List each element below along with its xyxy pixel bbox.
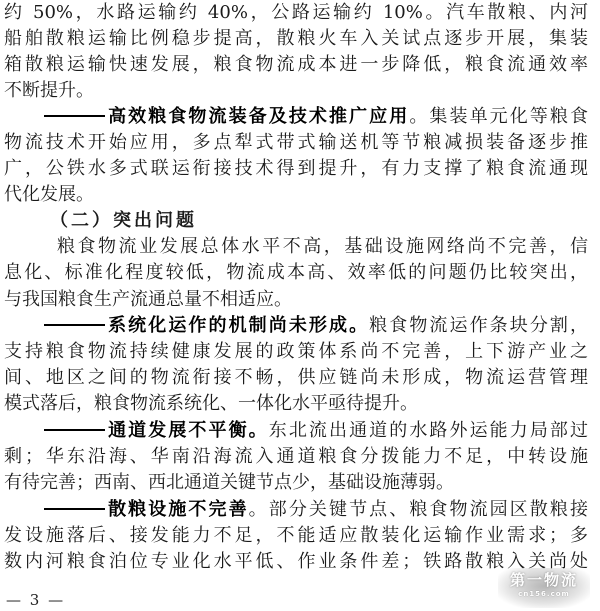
watermark-title: 第一物流 <box>498 568 590 590</box>
body-line: 有待完善；西南、西北通道关键节点少，基础设施薄弱。 <box>4 470 588 496</box>
document-page: 约 50%，水路运输约 40%，公路运输约 10%。汽车散粮、内河 船舶散粮运输… <box>0 0 600 611</box>
bullet-text: 。部分关键节点、粮食物流园区散粮接 <box>249 499 588 520</box>
body-line: 代化发展。 <box>4 182 588 208</box>
bullet-heading: 高效粮食物流装备及技术推广应用 <box>106 106 409 127</box>
body-line: 模式落后，粮食物流系统化、一体化水平亟待提升。 <box>4 391 588 417</box>
body-line: 不断提升。 <box>4 78 588 104</box>
body-line: 箱散粮运输快速发展，粮食物流成本进一步降低，粮食流通效率 <box>4 52 588 78</box>
body-line: 支持粮食物流持续健康发展的政策体系尚不完善，上下游产业之 <box>4 339 588 365</box>
body-line: 粮食物流业发展总体水平不高，基础设施网络尚不完善，信 <box>57 234 588 260</box>
body-line: 剩；华东沿海、华南沿海流入通道粮食分拨能力不足，中转设施 <box>4 444 588 470</box>
em-dash-rule <box>44 508 105 510</box>
bullet-heading: 系统化运作的机制尚未形成。 <box>106 315 369 336</box>
body-line: 与我国粮食生产流通总量不相适应。 <box>4 287 588 313</box>
body-line: 息化、标准化程度较低，物流成本高、效率低的问题仍比较突出， <box>4 260 588 286</box>
bullet-heading: 通道发展不平衡。 <box>106 420 269 441</box>
em-dash-rule <box>44 324 105 326</box>
watermark-url: cn156.com <box>498 590 590 599</box>
body-line: 发设施落后、接发能力不足，不能适应散装化运输作业需求；多 <box>4 523 588 549</box>
bullet-line-facilities: 散粮设施不完善。部分关键节点、粮食物流园区散粮接 <box>44 497 588 523</box>
body-line: 广，公铁水多式联运衔接技术得到提升，有力支撑了粮食流通现 <box>4 156 588 182</box>
body-line: 约 50%，水路运输约 40%，公路运输约 10%。汽车散粮、内河 <box>4 0 588 26</box>
bullet-text: 粮食物流运作条块分割， <box>369 315 588 336</box>
section-heading: （二）突出问题 <box>50 208 197 234</box>
em-dash-rule <box>44 115 105 117</box>
watermark-logo: 第一物流 cn156.com <box>498 568 590 608</box>
body-line: 物流技术开始应用，多点犁式带式输送机等节粮减损装备逐步推 <box>4 130 588 156</box>
bullet-line-channel: 通道发展不平衡。东北流出通道的水路外运能力局部过 <box>44 418 588 444</box>
bullet-line-equipment: 高效粮食物流装备及技术推广应用。集装单元化等粮食 <box>44 104 588 130</box>
bullet-line-mechanism: 系统化运作的机制尚未形成。粮食物流运作条块分割， <box>44 313 588 339</box>
bullet-text: 东北流出通道的水路外运能力局部过 <box>269 420 588 441</box>
bullet-heading: 散粮设施不完善 <box>106 499 249 520</box>
em-dash-rule <box>44 429 105 431</box>
body-line: 间、地区之间的物流衔接不畅，供应链尚未形成，物流运营管理 <box>4 365 588 391</box>
bullet-text: 。集装单元化等粮食 <box>409 106 588 127</box>
page-number: — 3 — <box>6 590 65 610</box>
body-line: 船舶散粮运输比例稳步提高，散粮火车入关试点逐步开展，集装 <box>4 26 588 52</box>
